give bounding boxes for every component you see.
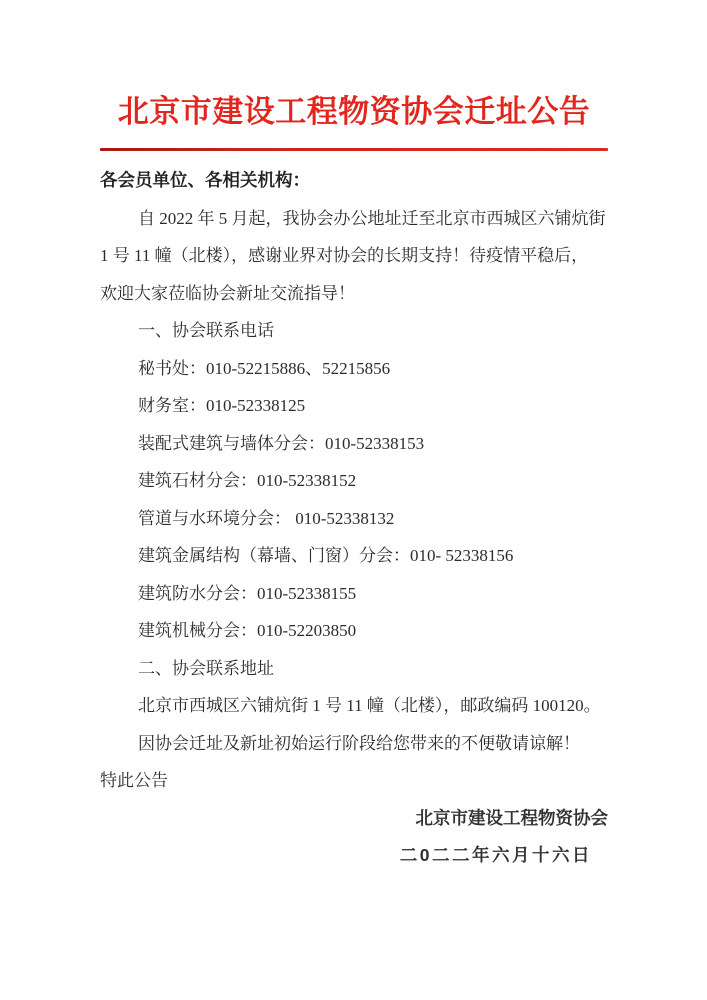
salutation: 各会员单位、各相关机构： [100,162,608,200]
page-title: 北京市建设工程物资协会迁址公告 [100,92,608,132]
contact-line-metal-structure-branch: 建筑金属结构（幕墙、门窗）分会：010- 52338156 [100,537,608,575]
section2-heading: 二、协会联系地址 [100,650,608,688]
closing-line: 特此公告 [100,762,608,800]
contact-line-pipeline-water-branch: 管道与水环境分会： 010-52338132 [100,500,608,538]
contact-line-machinery-branch: 建筑机械分会：010-52203850 [100,612,608,650]
intro-paragraph-line-3: 欢迎大家莅临协会新址交流指导！ [100,275,608,313]
contact-line-prefab-wall-branch: 装配式建筑与墙体分会：010-52338153 [100,425,608,463]
contact-line-waterproof-branch: 建筑防水分会：010-52338155 [100,575,608,613]
signature-organization: 北京市建设工程物资协会 [100,800,608,838]
document-body: 各会员单位、各相关机构： 自 2022 年 5 月起，我协会办公地址迁至北京市西… [100,162,608,875]
title-divider-rule [100,148,608,151]
apology-line: 因协会迁址及新址初始运行阶段给您带来的不便敬请谅解！ [100,725,608,763]
announcement-document: 北京市建设工程物资协会迁址公告 各会员单位、各相关机构： 自 2022 年 5 … [0,0,707,1000]
contact-line-secretariat: 秘书处：010-52215886、52215856 [100,350,608,388]
intro-paragraph-line-2: 1 号 11 幢（北楼），感谢业界对协会的长期支持！待疫情平稳后， [100,237,608,275]
signature-date: 二0二二年六月十六日 [100,837,608,875]
contact-line-stone-branch: 建筑石材分会：010-52338152 [100,462,608,500]
intro-paragraph-line-1: 自 2022 年 5 月起，我协会办公地址迁至北京市西城区六铺炕街 [100,200,608,238]
section1-heading: 一、协会联系电话 [100,312,608,350]
contact-line-finance: 财务室：010-52338125 [100,387,608,425]
address-line: 北京市西城区六铺炕街 1 号 11 幢（北楼），邮政编码 100120。 [100,687,608,725]
